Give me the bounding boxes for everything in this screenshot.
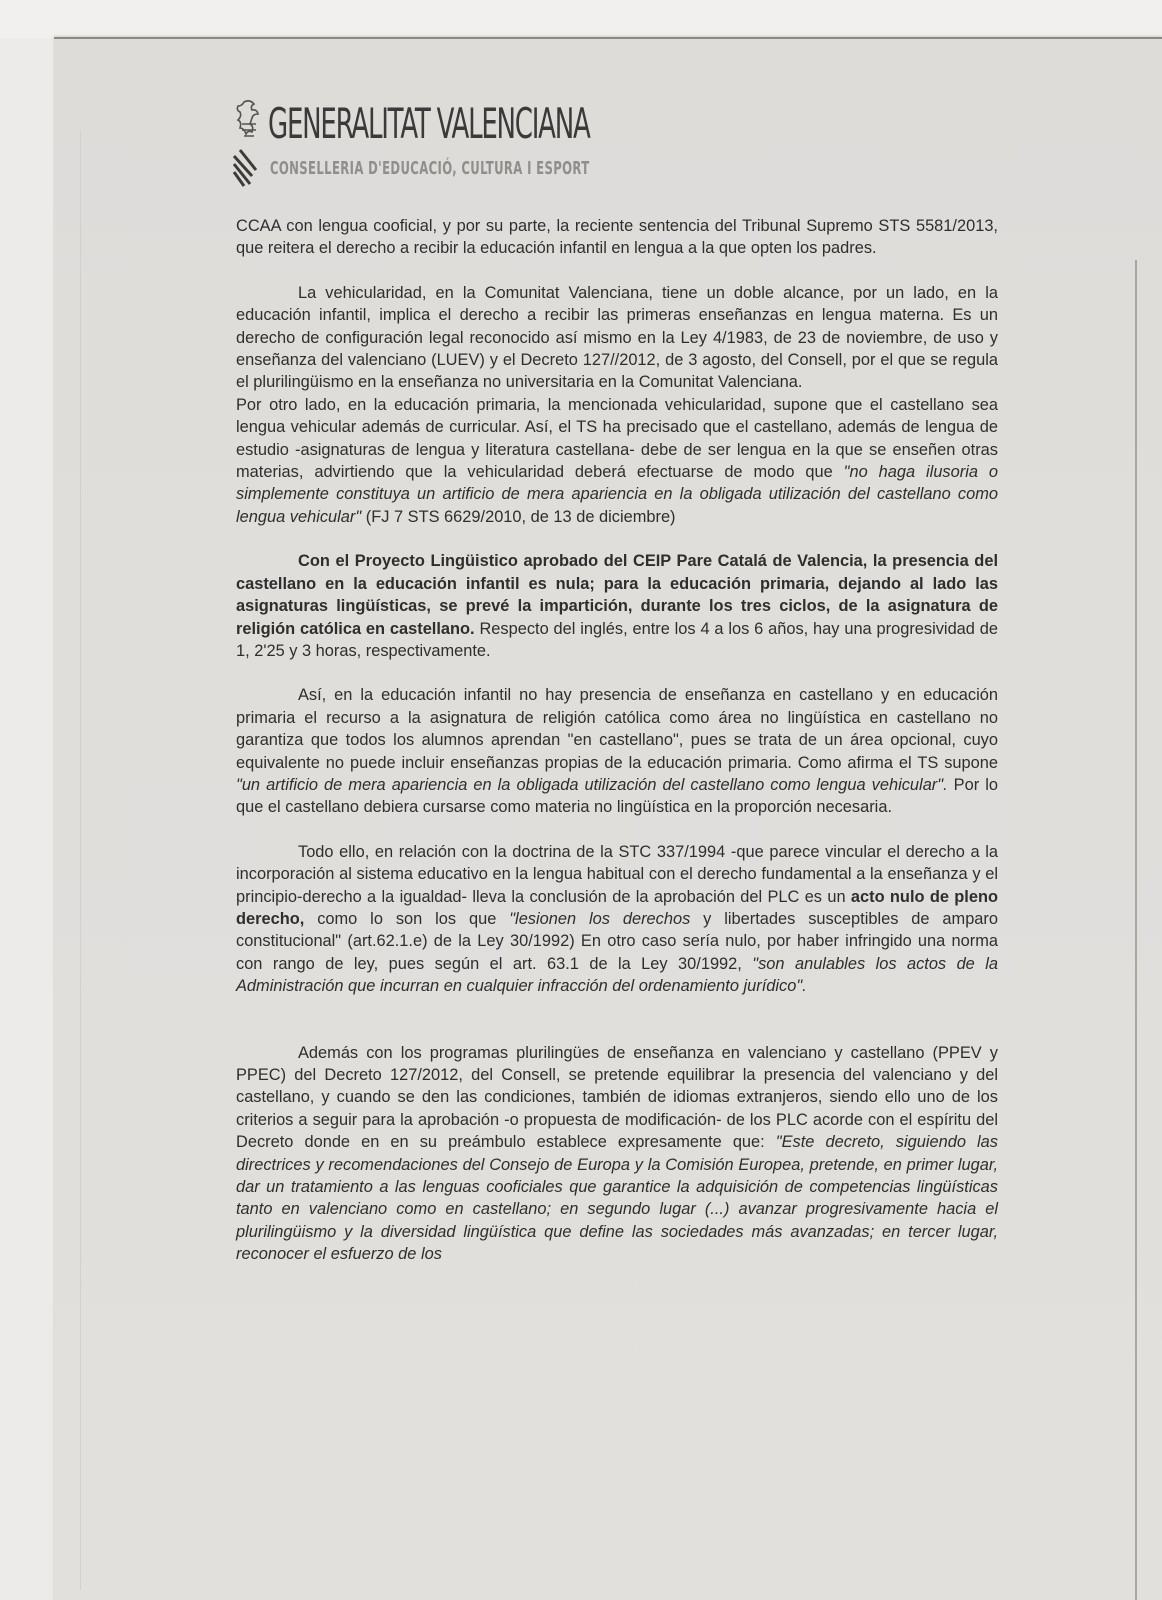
quote-lesionen: "lesionen los derechos [509,910,690,928]
ts-quote-2: "un artificio de mera apariencia en la o… [236,776,948,794]
paragraph-4: Con el Proyecto Lingüistico aprobado del… [236,550,998,662]
scanner-margin [0,0,1162,38]
paragraph-1: CCAA con lengua cooficial, y por su part… [236,215,998,260]
paragraph-5: Así, en la educación infantil no hay pre… [236,684,998,818]
page-edge-line [1135,260,1137,1600]
paragraph-3: Por otro lado, en la educación primaria,… [236,394,998,528]
paragraph-5-text: Así, en la educación infantil no hay pre… [236,686,998,771]
citation: (FJ 7 STS 6629/2010, de 13 de diciembre) [361,508,675,526]
document-body: CCAA con lengua cooficial, y por su part… [236,215,998,1266]
coat-of-arms-icon [232,98,266,188]
paragraph-6: Todo ello, en relación con la doctrina d… [236,841,998,998]
paragraph-2: La vehicularidad, en la Comunitat Valenc… [236,282,998,394]
decree-preamble-quote: "Este decreto, siguiendo las directrices… [236,1133,998,1263]
letterhead: GENERALITAT VALENCIANA CONSELLERIA D'EDU… [232,98,652,188]
organization-name: GENERALITAT VALENCIANA [268,98,590,150]
page-fold-line [80,130,81,1590]
paragraph-6-text-2: como lo son los que [304,910,509,928]
department-name: CONSELLERIA D'EDUCACIÓ, CULTURA I ESPORT [270,158,590,179]
paragraph-7: Además con los programas plurilingües de… [236,1042,998,1266]
